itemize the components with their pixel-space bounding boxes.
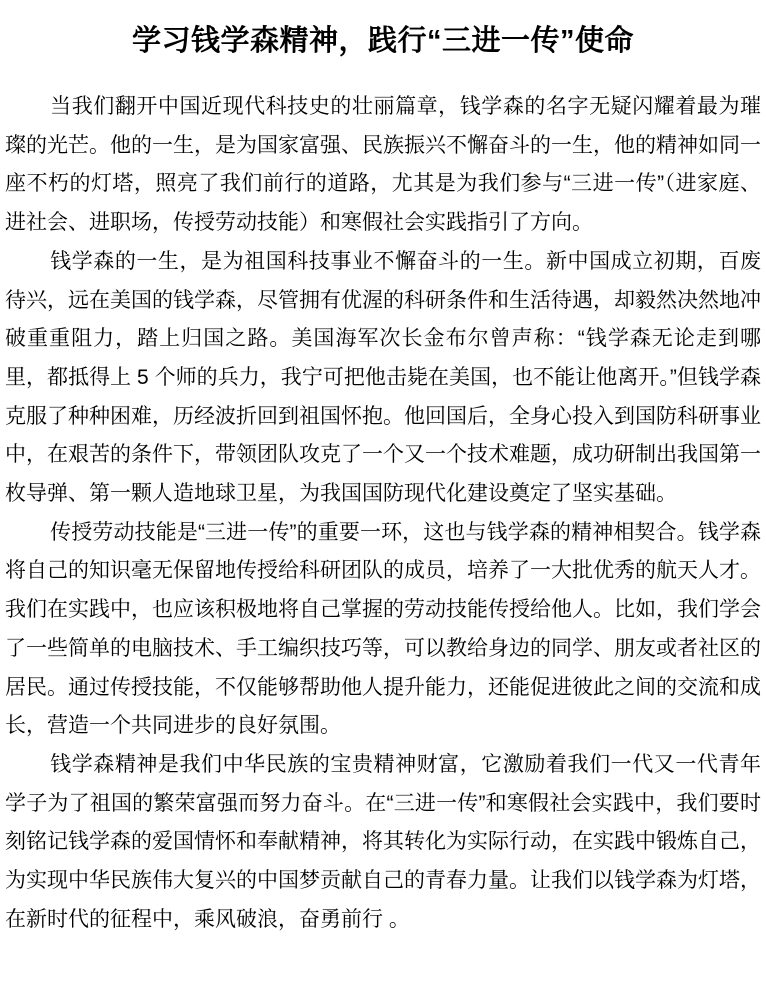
paragraph-conclusion: 钱学森精神是我们中华民族的宝贵精神财富，它激励着我们一代又一代青年学子为了祖国的… (5, 746, 761, 940)
paragraph-skill-teaching: 传授劳动技能是“三进一传”的重要一环，这也与钱学森的精神相契合。钱学森将自己的知… (5, 514, 761, 746)
document-page: 学习钱学森精神，践行“三进一传”使命 当我们翻开中国近现代科技史的壮丽篇章，钱学… (0, 0, 766, 1007)
paragraph-intro: 当我们翻开中国近现代科技史的壮丽篇章，钱学森的名字无疑闪耀着最为璀璨的光芒。他的… (5, 88, 761, 243)
document-title: 学习钱学森精神，践行“三进一传”使命 (5, 20, 761, 62)
paragraph-qian-life: 钱学森的一生，是为祖国科技事业不懈奋斗的一生。新中国成立初期，百废待兴，远在美国… (5, 243, 761, 514)
